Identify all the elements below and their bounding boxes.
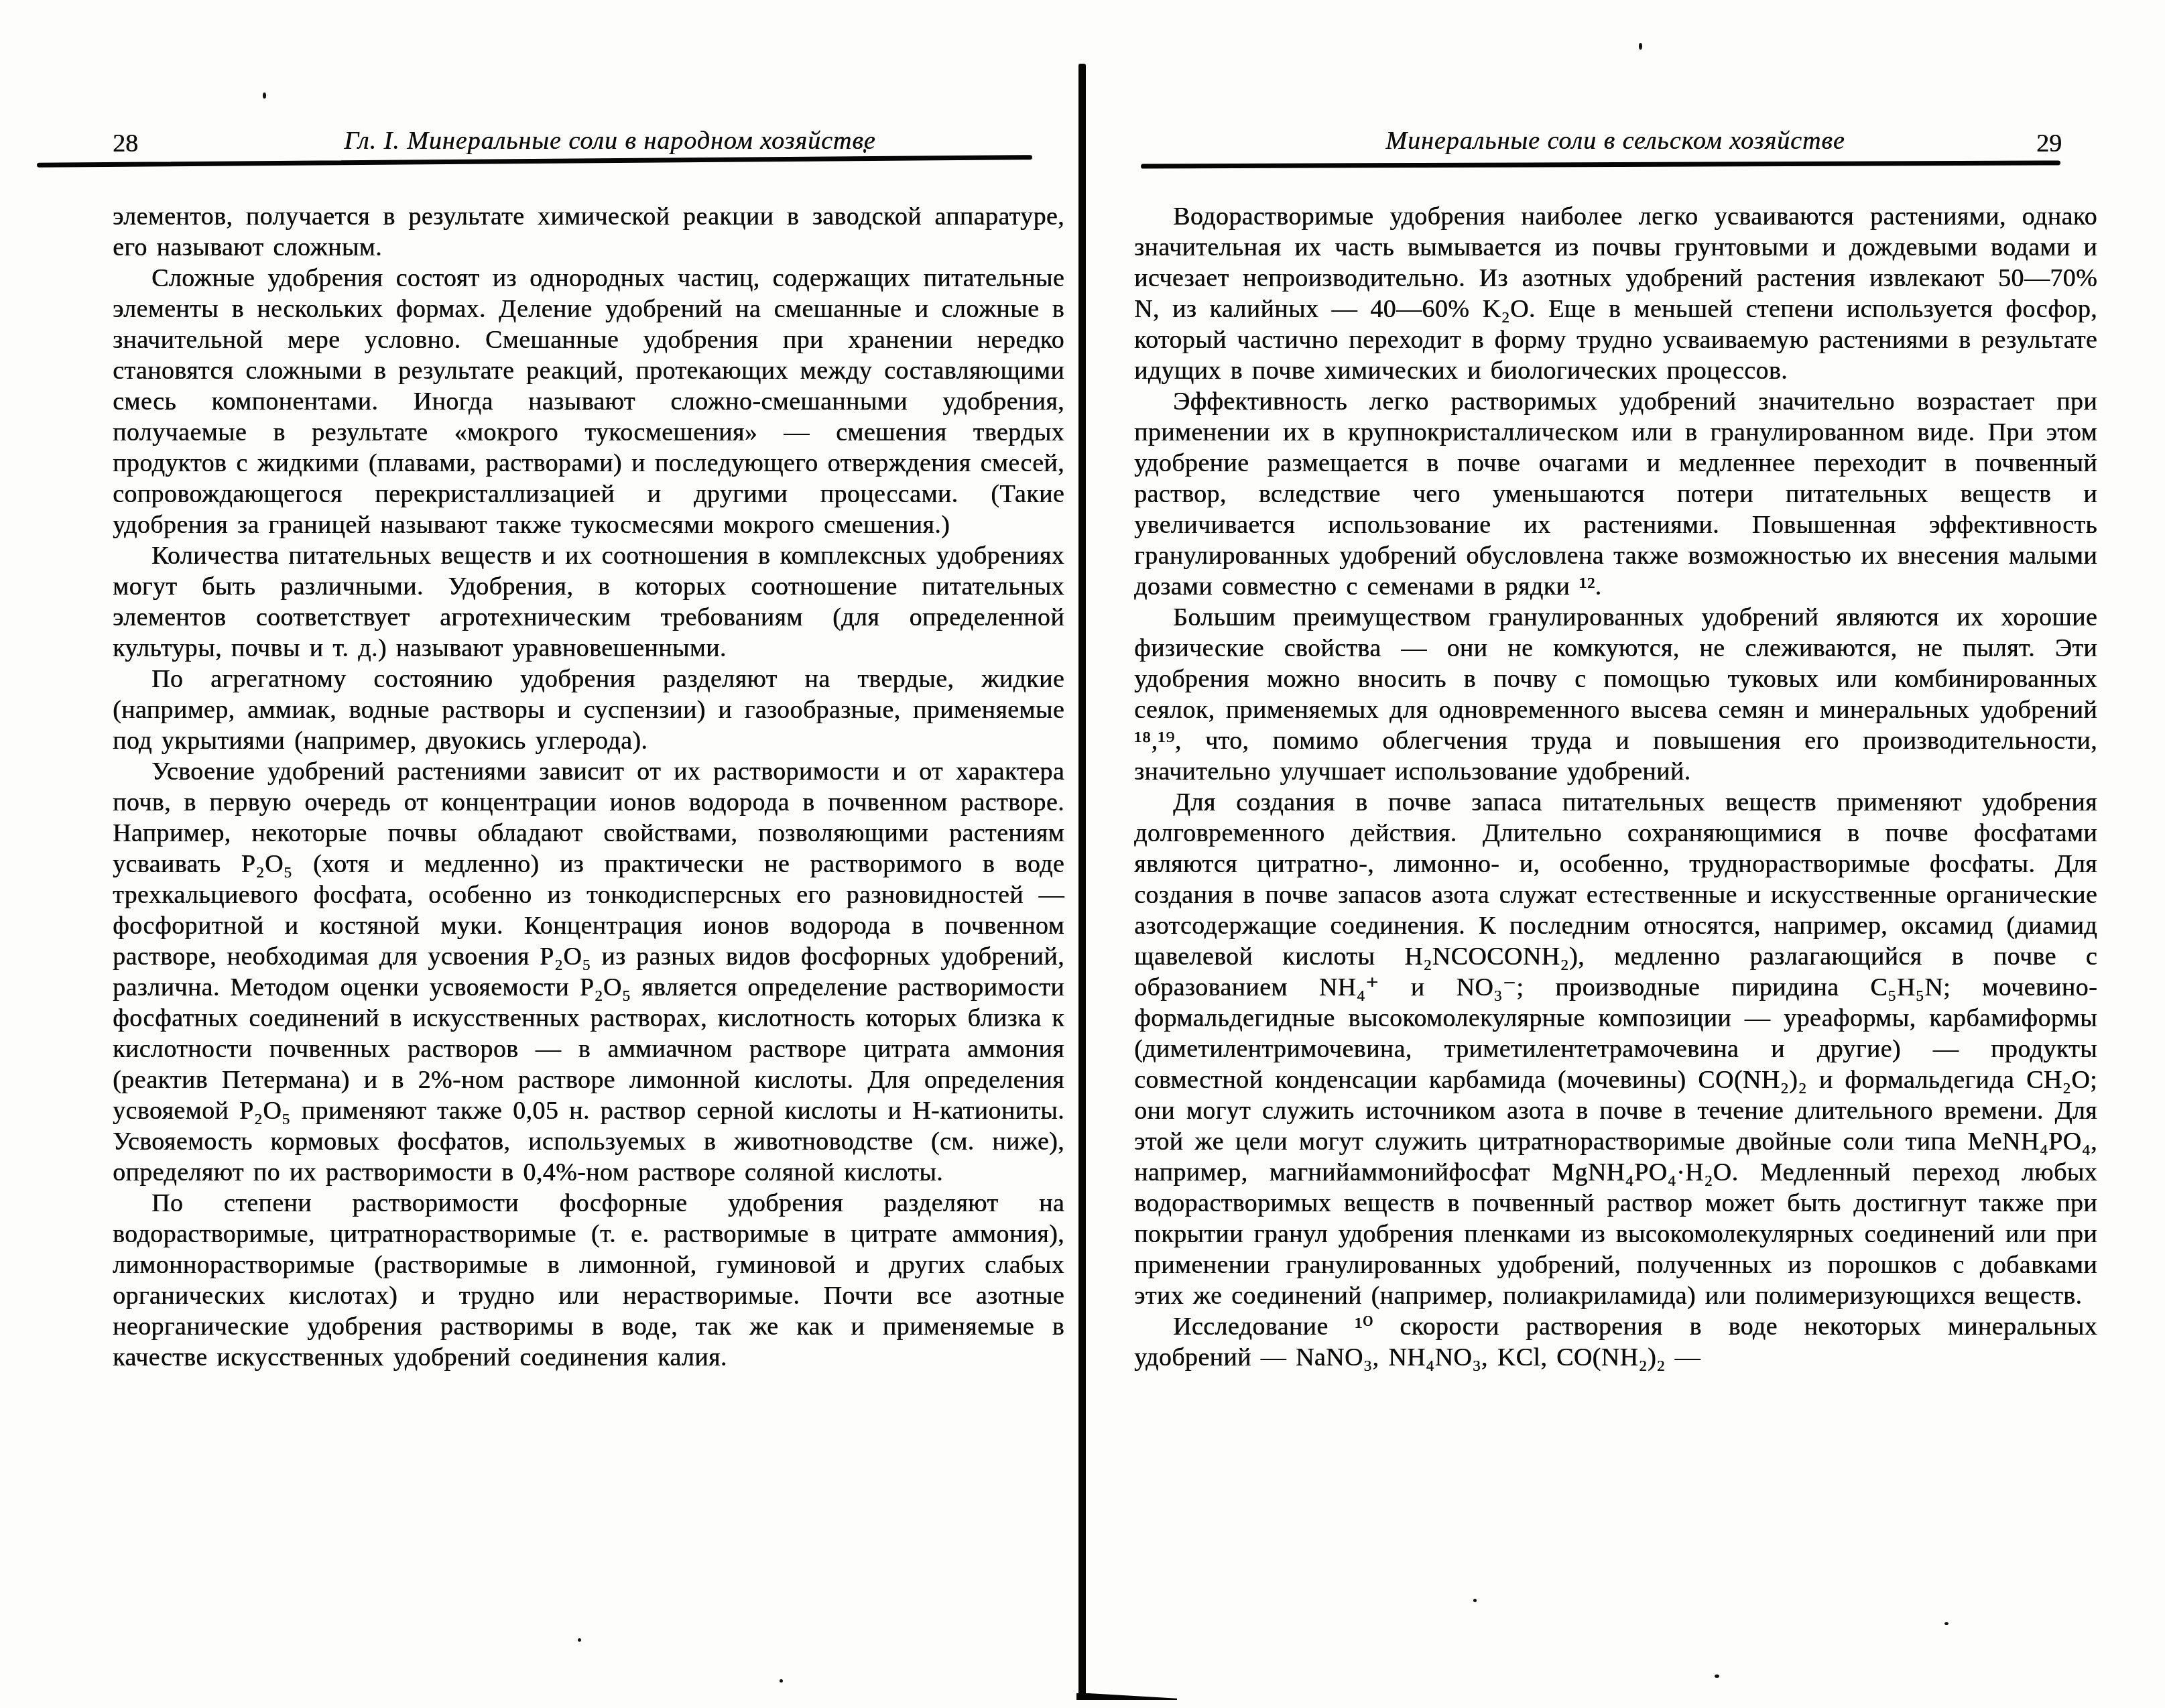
header-rule-right	[1141, 160, 2060, 168]
scan-speck	[1473, 1599, 1477, 1602]
page-divider-foot	[1076, 1693, 1177, 1700]
scan-speck	[578, 1638, 581, 1642]
page-divider-line	[1078, 64, 1086, 1697]
running-head-left: Гл. I. Минеральные соли в народном хозяй…	[241, 126, 979, 156]
paragraph: Водорастворимые удобрения наиболее легко…	[1134, 201, 2097, 386]
paragraph: По степени растворимости фосфорные удобр…	[113, 1188, 1064, 1373]
scan-speck	[1944, 1622, 1948, 1625]
paragraph: Сложные удобрения состоят из однородных …	[113, 263, 1064, 540]
scan-speck	[780, 1679, 783, 1683]
paragraph: Эффективность легко растворимых удобрени…	[1134, 386, 2097, 602]
scan-speck	[863, 149, 866, 153]
text-column-right: Водорастворимые удобрения наиболее легко…	[1134, 201, 2097, 1373]
paragraph: Большим преимуществом гранулированных уд…	[1134, 602, 2097, 787]
text-column-left: элементов, получается в результате химич…	[113, 201, 1064, 1373]
scan-speck	[1639, 43, 1642, 50]
paragraph: Для создания в почве запаса питательных …	[1134, 787, 2097, 1311]
running-head-right-row: Минеральные соли в сельском хозяйстве	[1274, 126, 1957, 157]
paragraph: элементов, получается в результате химич…	[113, 201, 1064, 263]
scan-speck	[263, 93, 266, 99]
page-number-left: 28	[113, 129, 138, 158]
running-head-left-row: Гл. I. Минеральные соли в народном хозяй…	[241, 126, 979, 157]
scan-speck	[1715, 1674, 1719, 1678]
running-head-right: Минеральные соли в сельском хозяйстве	[1274, 126, 1957, 156]
paragraph: Исследование ¹⁰ скорости растворения в в…	[1134, 1311, 2097, 1373]
paragraph: По агрегатному состоянию удобрения разде…	[113, 664, 1064, 756]
paragraph: Усвоение удобрений растениями зависит от…	[113, 756, 1064, 1188]
paragraph: Количества питательных веществ и их соот…	[113, 540, 1064, 664]
book-spread: 28 Гл. I. Минеральные соли в народном хо…	[0, 0, 2165, 1708]
page-number-right: 29	[2036, 129, 2062, 158]
